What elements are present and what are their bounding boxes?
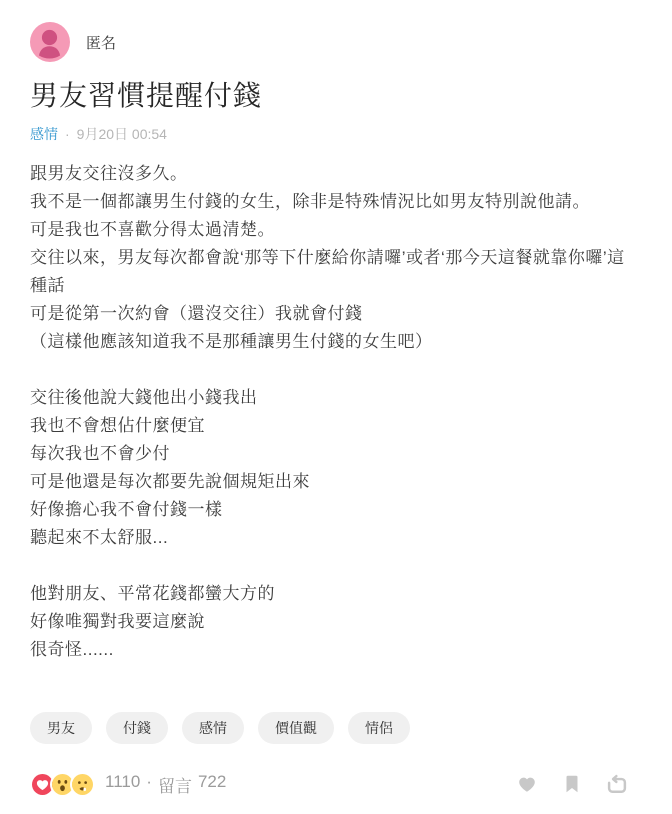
tag-pay[interactable]: 付錢 xyxy=(106,712,168,744)
body-line: 我不是一個都讓男生付錢的女生，除非是特殊情況比如男友特別說他請。 xyxy=(30,188,642,216)
post-meta: 感情 · 9月20日 00:54 xyxy=(30,124,642,144)
body-line xyxy=(30,356,642,384)
counts[interactable]: 1110 · 留言 722 xyxy=(105,772,226,797)
comments-count: 722 xyxy=(198,772,226,797)
post-header: 匿名 xyxy=(30,22,642,62)
tag-boyfriend[interactable]: 男友 xyxy=(30,712,92,744)
tag-values[interactable]: 價值觀 xyxy=(258,712,334,744)
reaction-cluster[interactable] xyxy=(30,772,95,797)
post-date: 9月20日 00:54 xyxy=(77,124,167,144)
anonymous-person-icon xyxy=(30,22,70,62)
count-separator: · xyxy=(146,772,152,797)
body-line: 每次我也不會少付 xyxy=(30,440,642,468)
post-card: 匿名 男友習慣提醒付錢 感情 · 9月20日 00:54 跟男友交往沒多久。 我… xyxy=(0,0,672,814)
body-line: 很奇怪...... xyxy=(30,636,642,664)
post-title: 男友習慣提醒付錢 xyxy=(30,78,642,114)
like-heart-icon[interactable] xyxy=(516,773,538,795)
body-line: 可是他還是每次都要先說個規矩出來 xyxy=(30,468,642,496)
body-line: 他對朋友、平常花錢都蠻大方的 xyxy=(30,580,642,608)
body-line: （這樣他應該知道我不是那種讓男生付錢的女生吧） xyxy=(30,328,642,356)
author-name: 匿名 xyxy=(86,32,116,53)
body-line: 跟男友交往沒多久。 xyxy=(30,160,642,188)
body-line: 可是我也不喜歡分得太過清楚。 xyxy=(30,216,642,244)
body-line: 好像擔心我不會付錢一樣 xyxy=(30,496,642,524)
body-line: 可是從第一次約會（還沒交往）我就會付錢 xyxy=(30,300,642,328)
sad-reaction-icon xyxy=(70,772,95,797)
body-line: 交往後他說大錢他出小錢我出 xyxy=(30,384,642,412)
meta-separator: · xyxy=(65,126,70,142)
topic-link[interactable]: 感情 xyxy=(30,124,58,144)
bookmark-icon[interactable] xyxy=(561,773,583,795)
post-footer: 1110 · 留言 722 xyxy=(30,770,642,798)
tag-relationship[interactable]: 感情 xyxy=(182,712,244,744)
body-line: 我也不會想佔什麼便宜 xyxy=(30,412,642,440)
comments-label: 留言 xyxy=(158,772,192,797)
tag-list: 男友 付錢 感情 價值觀 情侶 xyxy=(30,712,642,744)
body-line: 聽起來不太舒服... xyxy=(30,524,642,552)
reaction-count: 1110 xyxy=(105,772,140,797)
tag-couple[interactable]: 情侶 xyxy=(348,712,410,744)
body-line xyxy=(30,552,642,580)
body-line: 交往以來，男友每次都會說‘那等下什麼給你請囉’或者‘那今天這餐就靠你囉’這種話 xyxy=(30,244,642,300)
post-body: 跟男友交往沒多久。 我不是一個都讓男生付錢的女生，除非是特殊情況比如男友特別說他… xyxy=(30,160,642,664)
body-line: 好像唯獨對我要這麼說 xyxy=(30,608,642,636)
share-icon[interactable] xyxy=(606,773,628,795)
avatar[interactable] xyxy=(30,22,70,62)
action-bar xyxy=(516,773,642,795)
